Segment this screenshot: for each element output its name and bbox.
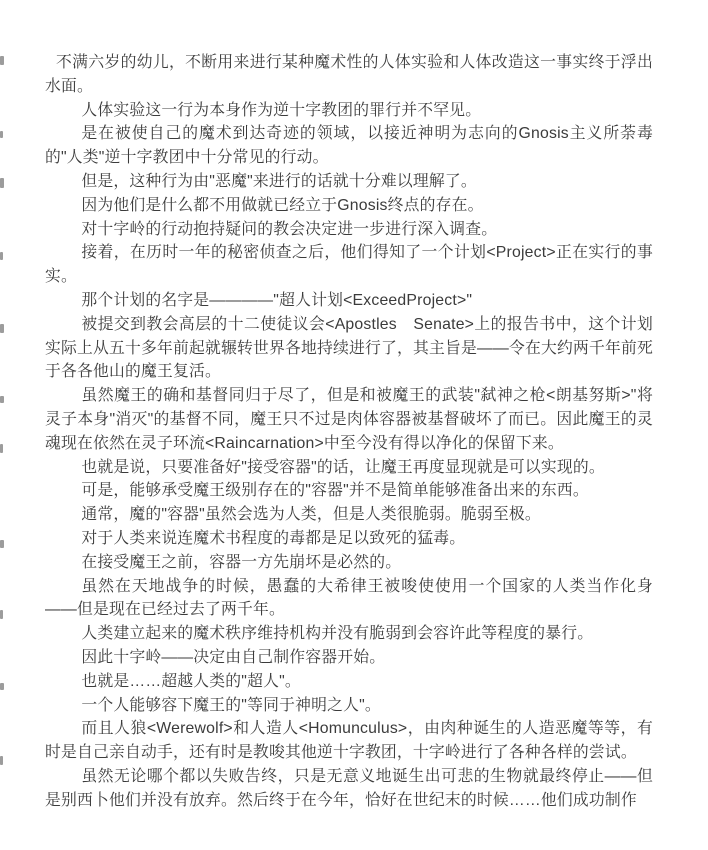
scan-artifact: [0, 252, 3, 260]
paragraph: 虽然无论哪个都以失败告终，只是无意义地诞生出可悲的生物就最终停止——但是别西卜他…: [45, 765, 653, 813]
scan-artifact: [0, 683, 4, 690]
scan-artifact: [0, 610, 3, 619]
paragraph: 可是，能够承受魔王级别存在的"容器"并不是简单能够准备出来的东西。: [45, 479, 653, 503]
paragraph: 不满六岁的幼儿，不断用来进行某种魔术性的人体实验和人体改造这一事实终于浮出水面。: [45, 51, 653, 99]
scan-artifact: [0, 178, 4, 188]
scan-artifact: [0, 756, 3, 765]
paragraph: 那个计划的名字是————"超人计划<ExceedProject>": [45, 289, 653, 313]
scan-artifact: [0, 324, 4, 333]
paragraph: 也就是说，只要准备好"接受容器"的话，让魔王再度显现就是可以实现的。: [45, 456, 653, 480]
paragraph: 因为他们是什么都不用做就已经立于Gnosis终点的存在。: [45, 194, 653, 218]
scanned-document-page: 不满六岁的幼儿，不断用来进行某种魔术性的人体实验和人体改造这一事实终于浮出水面。…: [0, 0, 708, 850]
scan-artifact: [0, 56, 4, 65]
scan-artifact: [0, 396, 4, 403]
paragraph: 虽然魔王的确和基督同归于尽了，但是和被魔王的武装"弑神之枪<朗基努斯>"将灵子本…: [45, 384, 653, 455]
scan-artifact: [0, 131, 3, 138]
paragraph: 因此十字岭——决定由自己制作容器开始。: [45, 646, 653, 670]
paragraph: 通常，魔的"容器"虽然会选为人类，但是人类很脆弱。脆弱至极。: [45, 503, 653, 527]
paragraph: 是在被使自己的魔术到达奇迹的领域，以接近神明为志向的Gnosis主义所荼毒的"人…: [45, 122, 653, 170]
paragraph: 但是，这种行为由"恶魔"来进行的话就十分难以理解了。: [45, 170, 653, 194]
scan-artifact: [0, 444, 3, 453]
paragraph: 而且人狼<Werewolf>和人造人<Homunculus>，由肉种诞生的人造恶…: [45, 717, 653, 765]
paragraph: 被提交到教会高层的十二使徒议会<Apostles Senate>上的报告书中，这…: [45, 313, 653, 384]
paragraph: 对于人类来说连魔术书程度的毒都是足以致死的猛毒。: [45, 527, 653, 551]
paragraph: 人体实验这一行为本身作为逆十字教团的罪行并不罕见。: [45, 99, 653, 123]
paragraph: 对十字岭的行动抱持疑问的教会决定进一步进行深入调查。: [45, 218, 653, 242]
paragraph: 人类建立起来的魔术秩序维持机构并没有脆弱到会容许此等程度的暴行。: [45, 622, 653, 646]
paragraph: 一个人能够容下魔王的"等同于神明之人"。: [45, 694, 653, 718]
paragraph: 虽然在天地战争的时候，愚蠢的大希律王被唆使使用一个国家的人类当作化身——但是现在…: [45, 575, 653, 623]
paragraph: 也就是……超越人类的"超人"。: [45, 670, 653, 694]
scan-artifact: [0, 540, 4, 548]
novel-text-block: 不满六岁的幼儿，不断用来进行某种魔术性的人体实验和人体改造这一事实终于浮出水面。…: [45, 51, 653, 813]
paragraph: 在接受魔王之前，容器一方先崩坏是必然的。: [45, 551, 653, 575]
paragraph: 接着，在历时一年的秘密侦查之后，他们得知了一个计划<Project>正在实行的事…: [45, 241, 653, 289]
